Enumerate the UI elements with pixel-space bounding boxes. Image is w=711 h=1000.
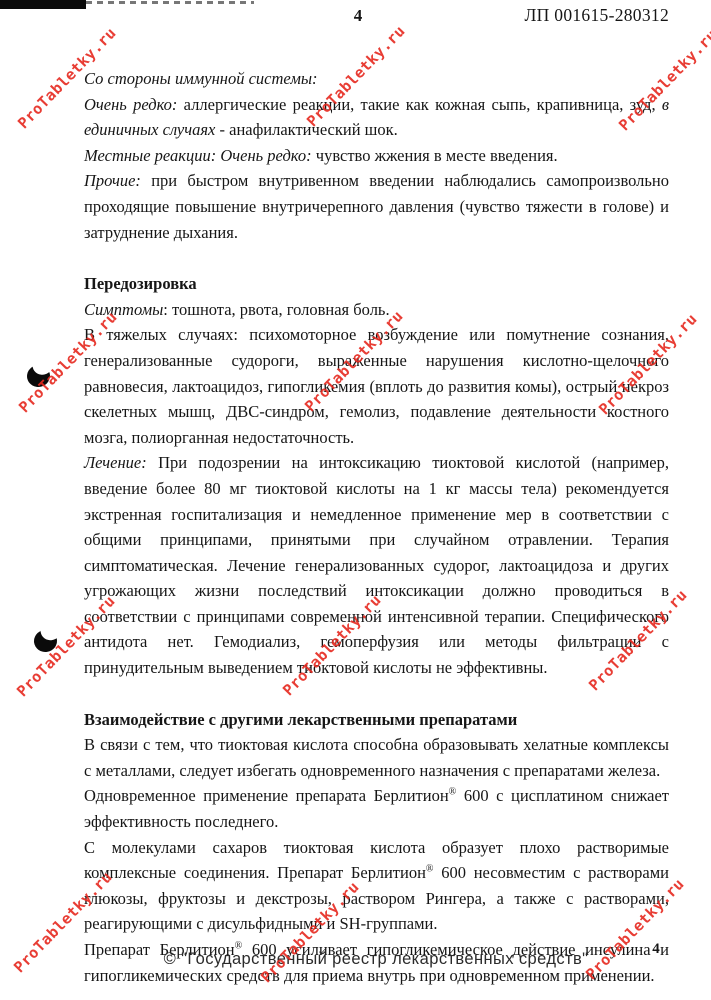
scanned-document-page: 4 ЛП 001615-280312 ProTabletky.ruProTabl… bbox=[0, 0, 711, 1000]
text-run: Взаимодействие с другими лекарственными … bbox=[84, 710, 517, 729]
paragraph: Местные реакции: Очень редко: чувство жж… bbox=[84, 143, 669, 169]
text-run: Передозировка bbox=[84, 274, 197, 293]
scan-artifact-bar bbox=[0, 0, 86, 9]
paragraph: С молекулами сахаров тиоктовая кислота о… bbox=[84, 835, 669, 937]
paragraph: Со стороны иммунной системы: bbox=[84, 66, 669, 92]
text-run: Лечение: bbox=[84, 453, 147, 472]
paragraph: В тяжелых случаях: психомоторное возбужд… bbox=[84, 322, 669, 450]
document-body: Со стороны иммунной системы:Очень редко:… bbox=[84, 66, 669, 988]
text-run: при быстром внутривенном введении наблюд… bbox=[84, 171, 669, 241]
text-run: чувство жжения в месте введения. bbox=[312, 146, 558, 165]
text-run: При подозрении на интоксикацию тиоктовой… bbox=[84, 453, 669, 677]
paragraph: Лечение: При подозрении на интоксикацию … bbox=[84, 450, 669, 680]
section-heading: Передозировка bbox=[84, 271, 669, 297]
text-run: В тяжелых случаях: психомоторное возбужд… bbox=[84, 325, 669, 446]
text-run: В связи с тем, что тиоктовая кислота спо… bbox=[84, 735, 669, 780]
text-run: аллергические реакции, такие как кожная … bbox=[177, 95, 661, 114]
copyright-line: © "Государственный реестр лекарственных … bbox=[41, 950, 711, 969]
ink-blob bbox=[25, 363, 53, 390]
text-run: Местные реакции: Очень редко: bbox=[84, 146, 312, 165]
header-page-number: 4 bbox=[340, 6, 376, 26]
text-run: Симптомы bbox=[84, 300, 163, 319]
footer-page-number: 4 bbox=[646, 941, 666, 958]
registration-number: ЛП 001615-280312 bbox=[524, 5, 669, 26]
text-run: Со стороны иммунной системы: bbox=[84, 69, 318, 88]
paragraph: Прочие: при быстром внутривенном введени… bbox=[84, 168, 669, 245]
text-run: Прочие: bbox=[84, 171, 141, 190]
paragraph: Очень редко: аллергические реакции, таки… bbox=[84, 92, 669, 143]
text-run: Очень редко: bbox=[84, 95, 177, 114]
paragraph: Одновременное применение препарата Берли… bbox=[84, 783, 669, 834]
text-run: - анафилактический шок. bbox=[215, 120, 397, 139]
registered-trademark-symbol: ® bbox=[426, 864, 434, 875]
ink-blob bbox=[33, 629, 59, 654]
section-heading: Взаимодействие с другими лекарственными … bbox=[84, 707, 669, 733]
scan-artifact-dashes bbox=[86, 1, 254, 4]
text-run: Одновременное применение препарата Берли… bbox=[84, 786, 449, 805]
paragraph: В связи с тем, что тиоктовая кислота спо… bbox=[84, 732, 669, 783]
paragraph: Симптомы: тошнота, рвота, головная боль. bbox=[84, 297, 669, 323]
text-run: : тошнота, рвота, головная боль. bbox=[163, 300, 389, 319]
